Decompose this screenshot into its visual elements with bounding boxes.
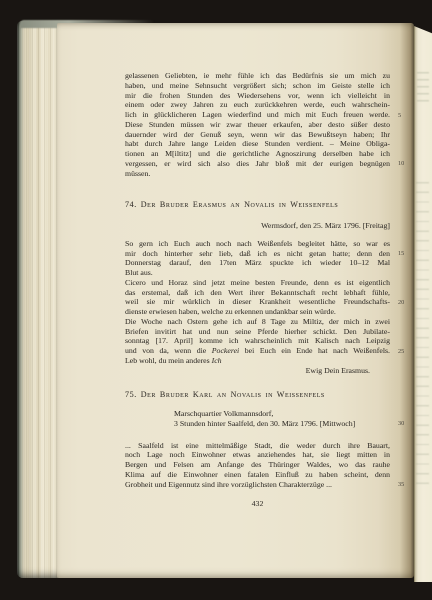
text-line: und von da, wenn die Pockerei bei Euch e… bbox=[125, 346, 390, 356]
letter-75-dateline: 3 Stunden hinter Saalfeld, den 30. März … bbox=[125, 419, 390, 429]
margin-line-number: 25 bbox=[398, 348, 418, 356]
line-text: Grobheit und Eigennutz sind ihre vorzügl… bbox=[125, 480, 332, 489]
line-text: und von da, wenn die bbox=[125, 346, 212, 355]
margin-line-number: 20 bbox=[398, 299, 418, 307]
ghost-text bbox=[417, 72, 429, 102]
line-text: gelassenen Geliebten, ie mehr fühle ich … bbox=[125, 71, 390, 80]
italic-word: Pockerei bbox=[212, 346, 239, 355]
page-number: 432 bbox=[125, 499, 390, 509]
margin-line-number: 15 bbox=[398, 250, 418, 258]
book-photo-scene: gelassenen Geliebten, ie mehr fühle ich … bbox=[0, 0, 432, 600]
ghost-text bbox=[416, 182, 429, 488]
line-text: haben, und meine Sehnsucht vergrößert si… bbox=[125, 81, 390, 90]
line-text: einem oder zwey Jahren zu euch zurückkeh… bbox=[125, 100, 390, 109]
line-text: dauernder wird der Genuß seyn, wenn wir … bbox=[125, 130, 390, 139]
margin-line-number: 5 bbox=[398, 112, 418, 120]
letter-74-dateline: Wermsdorf, den 25. März 1796. [Freitag] bbox=[125, 221, 390, 231]
line-text: ... Saalfeld ist eine mittelmäßige Stadt… bbox=[125, 441, 390, 450]
italic-word: Ich bbox=[212, 356, 222, 365]
text-line: tionen an M[iltitz] und die gerichtliche… bbox=[125, 149, 390, 159]
text-line: das erstemal, daß ich den Wert ihrer Bek… bbox=[125, 288, 390, 298]
line-text: mir doch hinterher sehr lieb, daß ich es… bbox=[125, 249, 390, 258]
line-text: tionen an M[iltitz] und die gerichtliche… bbox=[125, 149, 390, 158]
line-text: Klima auf die Einwohner einen fatalen Ei… bbox=[125, 470, 390, 479]
text-line: weil sie mir würklich in dieser Krankhei… bbox=[125, 297, 390, 307]
line-text: Blut aus. bbox=[125, 268, 153, 277]
text-line: Donnerstag darauf, den 17ten März spuckt… bbox=[125, 258, 390, 268]
line-text: mir die frohen Stunden des Wiedersehens … bbox=[125, 91, 390, 100]
text-line: Cicero und Horaz sind jetzt meine besten… bbox=[125, 278, 390, 288]
line-text: weil sie mir würklich in dieser Krankhei… bbox=[125, 297, 390, 306]
line-text: habt durch Jahre lange Leiden diese Stun… bbox=[125, 139, 390, 148]
text-line: Klima auf die Einwohner einen fatalen Ei… bbox=[125, 470, 390, 480]
letter-75-heading: 75. Der Bruder Karl an Novalis in Weisse… bbox=[125, 390, 390, 400]
line-text: müssen. bbox=[125, 169, 150, 178]
text-line: Briefen invitirt hat und nun seine Pferd… bbox=[125, 327, 390, 337]
text-line: Grobheit und Eigennutz sind ihre vorzügl… bbox=[125, 480, 390, 490]
line-text: Leb wohl, du mein anderes bbox=[125, 356, 212, 365]
margin-line-number: 30 bbox=[398, 420, 418, 428]
line-text: Die Woche nach Ostern gehe ich auf 8 Tag… bbox=[125, 317, 390, 326]
heading-text: 74. Der Bruder Erasmus an Novalis in Wei… bbox=[125, 200, 338, 209]
margin-line-number: 35 bbox=[398, 481, 418, 489]
text-line: habt durch Jahre lange Leiden diese Stun… bbox=[125, 139, 390, 149]
text-line: mir die frohen Stunden des Wiedersehens … bbox=[125, 91, 390, 101]
line-text: So gern ich Euch auch noch nach Weißenfe… bbox=[125, 239, 390, 248]
line-text: lich in glücklicheren Lagen wiederfind u… bbox=[125, 110, 390, 119]
dateline-text: Wermsdorf, den 25. März 1796. [Freitag] bbox=[261, 221, 390, 230]
text-line: Diese Stunden müssen wir zwar theuer erk… bbox=[125, 120, 390, 130]
text-line: noch Lage noch Einwohner etwas anziehend… bbox=[125, 450, 390, 460]
page-number-text: 432 bbox=[252, 499, 264, 508]
placeline-text: Marschquartier Volkmannsdorf, bbox=[174, 409, 273, 418]
text-line: sonntag [17. April] komme ich wahrschein… bbox=[125, 336, 390, 346]
text-line: haben, und meine Sehnsucht vergrößert si… bbox=[125, 81, 390, 91]
line-text: Bergen und Felsen am Anfange des Thüring… bbox=[125, 460, 390, 469]
line-text: sonntag [17. April] komme ich wahrschein… bbox=[125, 336, 390, 345]
letter-74-signature: Ewig Dein Erasmus. bbox=[125, 366, 390, 376]
text-line: dauernder wird der Genuß seyn, wenn wir … bbox=[125, 130, 390, 140]
text-line: lich in glücklicheren Lagen wiederfind u… bbox=[125, 110, 390, 120]
line-text: noch Lage noch Einwohner etwas anziehend… bbox=[125, 450, 390, 459]
letter-75-placeline: Marschquartier Volkmannsdorf, bbox=[125, 409, 390, 419]
text-line: gelassenen Geliebten, ie mehr fühle ich … bbox=[125, 71, 390, 81]
line-text: Donnerstag darauf, den 17ten März spuckt… bbox=[125, 258, 390, 267]
page-edge-stack bbox=[17, 21, 58, 578]
text-line: müssen. bbox=[125, 169, 390, 179]
text-line: dienste erwiesen haben, welche zu erkenn… bbox=[125, 307, 390, 317]
line-text: Diese Stunden müssen wir zwar theuer erk… bbox=[125, 120, 390, 129]
line-text: dienste erwiesen haben, welche zu erkenn… bbox=[125, 307, 336, 316]
line-text: das erstemal, daß ich den Wert ihrer Bek… bbox=[125, 288, 390, 297]
letter-74-heading: 74. Der Bruder Erasmus an Novalis in Wei… bbox=[125, 200, 390, 210]
heading-text: 75. Der Bruder Karl an Novalis in Weisse… bbox=[125, 390, 325, 399]
text-line: Bergen und Felsen am Anfange des Thüring… bbox=[125, 460, 390, 470]
margin-line-number: 10 bbox=[398, 160, 418, 168]
line-text: Briefen invitirt hat und nun seine Pferd… bbox=[125, 327, 390, 336]
text-line: ... Saalfeld ist eine mittelmäßige Stadt… bbox=[125, 441, 390, 451]
text-line: Die Woche nach Ostern gehe ich auf 8 Tag… bbox=[125, 317, 390, 327]
text-line: Leb wohl, du mein anderes Ich bbox=[125, 356, 390, 366]
text-line: vergessen, er wird sich also dies Jahr b… bbox=[125, 159, 390, 169]
dateline-text: 3 Stunden hinter Saalfeld, den 30. März … bbox=[174, 419, 355, 428]
line-text: bei Euch ein Ende hat nach Weißenfels. bbox=[239, 346, 390, 355]
text-line: Blut aus. bbox=[125, 268, 390, 278]
text-block: gelassenen Geliebten, ie mehr fühle ich … bbox=[125, 71, 390, 509]
text-line: einem oder zwey Jahren zu euch zurückkeh… bbox=[125, 100, 390, 110]
text-line: mir doch hinterher sehr lieb, daß ich es… bbox=[125, 249, 390, 259]
text-line: So gern ich Euch auch noch nach Weißenfe… bbox=[125, 239, 390, 249]
line-text: Cicero und Horaz sind jetzt meine besten… bbox=[125, 278, 390, 287]
line-text: vergessen, er wird sich also dies Jahr b… bbox=[125, 159, 390, 168]
signature-text: Ewig Dein Erasmus. bbox=[306, 366, 370, 375]
